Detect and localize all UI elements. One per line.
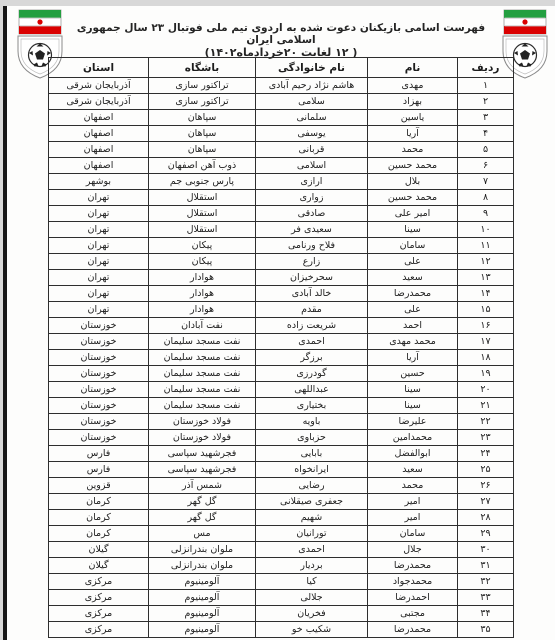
table-row: ۳۳احمدرضاجلالیآلومینیوممرکزی	[49, 590, 514, 606]
cell-first-name: سینا	[368, 222, 458, 238]
cell-row-number: ۲۱	[458, 398, 514, 414]
cell-club: استقلال	[149, 206, 256, 222]
cell-last-name: احمدی	[256, 542, 368, 558]
cell-club: سپاهان	[149, 110, 256, 126]
cell-last-name: یوسفی	[256, 126, 368, 142]
cell-last-name: فلاح ورنامی	[256, 238, 368, 254]
cell-club: هوادار	[149, 302, 256, 318]
table-row: ۱۴محمدرضاخالد آبادیهوادارتهران	[49, 286, 514, 302]
cell-province: فارس	[49, 462, 149, 478]
table-row: ۲۴ابوالفضلباباییفجرشهید سپاسیفارس	[49, 446, 514, 462]
cell-club: نفت مسجد سلیمان	[149, 382, 256, 398]
cell-last-name: هاشم نژاد رحیم آبادی	[256, 78, 368, 94]
cell-club: سپاهان	[149, 126, 256, 142]
cell-province: تهران	[49, 302, 149, 318]
cell-row-number: ۱۸	[458, 350, 514, 366]
cell-last-name: اسلامی	[256, 158, 368, 174]
table-row: ۴آریایوسفیسپاهاناصفهان	[49, 126, 514, 142]
cell-row-number: ۳۴	[458, 606, 514, 622]
table-row: ۱۶احمدشریعت زادهنفت آبادانخوزستان	[49, 318, 514, 334]
cell-province: مرکزی	[49, 622, 149, 638]
cell-club: فجرشهید سپاسی	[149, 462, 256, 478]
cell-row-number: ۲۴	[458, 446, 514, 462]
cell-first-name: علی	[368, 254, 458, 270]
header-last-name: نام خانوادگی	[256, 58, 368, 78]
cell-last-name: زارع	[256, 254, 368, 270]
cell-province: گیلان	[49, 558, 149, 574]
header-province: استان	[49, 58, 149, 78]
cell-last-name: بختیاری	[256, 398, 368, 414]
cell-first-name: محمد حسین	[368, 190, 458, 206]
table-row: ۱۰سیناسعیدی فراستقلالتهران	[49, 222, 514, 238]
cell-row-number: ۳	[458, 110, 514, 126]
cell-province: اصفهان	[49, 158, 149, 174]
cell-first-name: محمدامین	[368, 430, 458, 446]
cell-first-name: امیر	[368, 494, 458, 510]
table-row: ۲۲علیرضاباویهفولاد خوزستانخوزستان	[49, 414, 514, 430]
cell-first-name: سعید	[368, 462, 458, 478]
cell-last-name: رضایی	[256, 478, 368, 494]
table-row: ۱۲علیزارعپیکانتهران	[49, 254, 514, 270]
cell-province: تهران	[49, 190, 149, 206]
table-row: ۱۳سعیدسحرخیزانهوادارتهران	[49, 270, 514, 286]
cell-club: نفت مسجد سلیمان	[149, 334, 256, 350]
cell-row-number: ۶	[458, 158, 514, 174]
cell-row-number: ۳۲	[458, 574, 514, 590]
cell-province: اصفهان	[49, 110, 149, 126]
cell-first-name: محمد	[368, 478, 458, 494]
cell-club: نفت آبادان	[149, 318, 256, 334]
table-header: ردیف نام نام خانوادگی باشگاه استان	[49, 58, 514, 78]
cell-province: تهران	[49, 254, 149, 270]
table-row: ۱۸آریابرزگرنفت مسجد سلیمانخوزستان	[49, 350, 514, 366]
cell-row-number: ۵	[458, 142, 514, 158]
cell-province: اصفهان	[49, 142, 149, 158]
cell-first-name: سینا	[368, 382, 458, 398]
table-body: ۱مهدیهاشم نژاد رحیم آبادیتراکتور سازیآذر…	[49, 78, 514, 638]
cell-first-name: علیرضا	[368, 414, 458, 430]
cell-last-name: شریعت زاده	[256, 318, 368, 334]
table-row: ۳۲محمدجوادکیاآلومینیوممرکزی	[49, 574, 514, 590]
cell-club: فجرشهید سپاسی	[149, 446, 256, 462]
cell-first-name: احمد	[368, 318, 458, 334]
cell-row-number: ۲۷	[458, 494, 514, 510]
cell-club: آلومینیوم	[149, 590, 256, 606]
cell-row-number: ۷	[458, 174, 514, 190]
cell-club: گل گهر	[149, 510, 256, 526]
cell-province: تهران	[49, 286, 149, 302]
cell-last-name: خالد آبادی	[256, 286, 368, 302]
cell-club: هوادار	[149, 286, 256, 302]
cell-province: کرمان	[49, 510, 149, 526]
cell-row-number: ۱	[458, 78, 514, 94]
document-title: فهرست اسامی بازیکنان دعوت شده به اردوی ت…	[67, 22, 495, 46]
cell-row-number: ۳۳	[458, 590, 514, 606]
cell-first-name: محمدجواد	[368, 574, 458, 590]
cell-first-name: علی	[368, 302, 458, 318]
cell-last-name: کیا	[256, 574, 368, 590]
header-first-name: نام	[368, 58, 458, 78]
table-row: ۲۳محمدامینحزباویفولاد خوزستانخوزستان	[49, 430, 514, 446]
cell-last-name: شکیب خو	[256, 622, 368, 638]
cell-first-name: محمد حسین	[368, 158, 458, 174]
cell-row-number: ۲۳	[458, 430, 514, 446]
table-row: ۲۹سامانتورانیانمسکرمان	[49, 526, 514, 542]
cell-first-name: مهدی	[368, 78, 458, 94]
cell-first-name: آریا	[368, 126, 458, 142]
cell-province: تهران	[49, 270, 149, 286]
cell-first-name: بهزاد	[368, 94, 458, 110]
table-row: ۳۵محمدرضاشکیب خوآلومینیوممرکزی	[49, 622, 514, 638]
cell-province: آذربایجان شرقی	[49, 78, 149, 94]
cell-first-name: ابوالفضل	[368, 446, 458, 462]
cell-last-name: گودرزی	[256, 366, 368, 382]
cell-last-name: ایرانخواه	[256, 462, 368, 478]
cell-first-name: سعید	[368, 270, 458, 286]
cell-last-name: صادقی	[256, 206, 368, 222]
cell-row-number: ۴	[458, 126, 514, 142]
cell-club: ذوب آهن اصفهان	[149, 158, 256, 174]
cell-club: ملوان بندرانزلی	[149, 542, 256, 558]
cell-first-name: محمدرضا	[368, 622, 458, 638]
cell-row-number: ۱۶	[458, 318, 514, 334]
table-row: ۳۱محمدرضابردیارملوان بندرانزلیگیلان	[49, 558, 514, 574]
table-row: ۲۱سینابختیارینفت مسجد سلیمانخوزستان	[49, 398, 514, 414]
cell-first-name: جلال	[368, 542, 458, 558]
cell-row-number: ۲۹	[458, 526, 514, 542]
cell-province: گیلان	[49, 542, 149, 558]
cell-row-number: ۲۲	[458, 414, 514, 430]
cell-club: نفت مسجد سلیمان	[149, 366, 256, 382]
cell-province: خوزستان	[49, 382, 149, 398]
scanned-document: فهرست اسامی بازیکنان دعوت شده به اردوی ت…	[0, 0, 555, 640]
cell-province: اصفهان	[49, 126, 149, 142]
cell-first-name: آریا	[368, 350, 458, 366]
cell-province: کرمان	[49, 494, 149, 510]
table-row: ۲۷امیرجعفری صیقلانیگل گهرکرمان	[49, 494, 514, 510]
cell-first-name: امیر	[368, 510, 458, 526]
cell-row-number: ۱۱	[458, 238, 514, 254]
players-table: ردیف نام نام خانوادگی باشگاه استان ۱مهدی…	[48, 57, 514, 638]
cell-club: سپاهان	[149, 142, 256, 158]
cell-club: آلومینیوم	[149, 606, 256, 622]
cell-row-number: ۳۵	[458, 622, 514, 638]
cell-last-name: فخریان	[256, 606, 368, 622]
table-row: ۲۶محمدرضاییشمس آذرقزوین	[49, 478, 514, 494]
cell-club: فولاد خوزستان	[149, 430, 256, 446]
cell-first-name: سینا	[368, 398, 458, 414]
cell-first-name: سامان	[368, 238, 458, 254]
cell-last-name: باویه	[256, 414, 368, 430]
cell-first-name: امیر علی	[368, 206, 458, 222]
cell-row-number: ۱۰	[458, 222, 514, 238]
cell-last-name: سعیدی فر	[256, 222, 368, 238]
table-row: ۵محمدقربانیسپاهاناصفهان	[49, 142, 514, 158]
table-row: ۳یاسینسلمانیسپاهاناصفهان	[49, 110, 514, 126]
cell-first-name: بلال	[368, 174, 458, 190]
cell-first-name: یاسین	[368, 110, 458, 126]
cell-last-name: تورانیان	[256, 526, 368, 542]
cell-province: بوشهر	[49, 174, 149, 190]
cell-club: گل گهر	[149, 494, 256, 510]
cell-province: تهران	[49, 206, 149, 222]
cell-province: خوزستان	[49, 318, 149, 334]
cell-row-number: ۲۸	[458, 510, 514, 526]
cell-club: استقلال	[149, 222, 256, 238]
cell-row-number: ۳۱	[458, 558, 514, 574]
cell-first-name: سامان	[368, 526, 458, 542]
cell-last-name: بردیار	[256, 558, 368, 574]
table-row: ۸محمد حسینزواریاستقلالتهران	[49, 190, 514, 206]
cell-last-name: سلمانی	[256, 110, 368, 126]
cell-last-name: برزگر	[256, 350, 368, 366]
cell-row-number: ۸	[458, 190, 514, 206]
cell-province: خوزستان	[49, 414, 149, 430]
cell-last-name: سحرخیزان	[256, 270, 368, 286]
header-club: باشگاه	[149, 58, 256, 78]
cell-last-name: مقدم	[256, 302, 368, 318]
header-row: ردیف نام نام خانوادگی باشگاه استان	[49, 58, 514, 78]
cell-province: مرکزی	[49, 606, 149, 622]
cell-last-name: جعفری صیقلانی	[256, 494, 368, 510]
cell-row-number: ۱۵	[458, 302, 514, 318]
document-page: فهرست اسامی بازیکنان دعوت شده به اردوی ت…	[7, 6, 555, 640]
cell-last-name: بابایی	[256, 446, 368, 462]
cell-province: خوزستان	[49, 334, 149, 350]
cell-last-name: سلامی	[256, 94, 368, 110]
cell-club: آلومینیوم	[149, 574, 256, 590]
table-row: ۲۸امیرشهیمگل گهرکرمان	[49, 510, 514, 526]
cell-club: پیکان	[149, 254, 256, 270]
cell-row-number: ۱۲	[458, 254, 514, 270]
cell-first-name: محمد مهدی	[368, 334, 458, 350]
cell-club: مس	[149, 526, 256, 542]
cell-last-name: حزباوی	[256, 430, 368, 446]
header-row-number: ردیف	[458, 58, 514, 78]
cell-row-number: ۲	[458, 94, 514, 110]
table-row: ۳۴مجتبیفخریانآلومینیوممرکزی	[49, 606, 514, 622]
cell-row-number: ۲۶	[458, 478, 514, 494]
cell-province: مرکزی	[49, 590, 149, 606]
table-row: ۲۵سعیدایرانخواهفجرشهید سپاسیفارس	[49, 462, 514, 478]
table-row: ۶محمد حسیناسلامیذوب آهن اصفهاناصفهان	[49, 158, 514, 174]
cell-province: خوزستان	[49, 430, 149, 446]
cell-first-name: احمدرضا	[368, 590, 458, 606]
cell-club: تراکتور سازی	[149, 94, 256, 110]
cell-club: شمس آذر	[149, 478, 256, 494]
table-row: ۱۱سامانفلاح ورنامیپیکانتهران	[49, 238, 514, 254]
table-row: ۲۰سیناعبداللهینفت مسجد سلیمانخوزستان	[49, 382, 514, 398]
cell-province: تهران	[49, 238, 149, 254]
cell-first-name: محمد	[368, 142, 458, 158]
cell-row-number: ۱۹	[458, 366, 514, 382]
cell-row-number: ۱۴	[458, 286, 514, 302]
cell-row-number: ۲۰	[458, 382, 514, 398]
cell-last-name: قربانی	[256, 142, 368, 158]
cell-last-name: ارازی	[256, 174, 368, 190]
cell-first-name: مجتبی	[368, 606, 458, 622]
table-row: ۱مهدیهاشم نژاد رحیم آبادیتراکتور سازیآذر…	[49, 78, 514, 94]
cell-club: پارس جنوبی جم	[149, 174, 256, 190]
cell-row-number: ۱۷	[458, 334, 514, 350]
cell-province: آذربایجان شرقی	[49, 94, 149, 110]
cell-province: خوزستان	[49, 398, 149, 414]
cell-club: آلومینیوم	[149, 622, 256, 638]
cell-row-number: ۱۳	[458, 270, 514, 286]
cell-club: نفت مسجد سلیمان	[149, 350, 256, 366]
table-row: ۱۹حسینگودرزینفت مسجد سلیمانخوزستان	[49, 366, 514, 382]
table-row: ۹امیر علیصادقیاستقلالتهران	[49, 206, 514, 222]
cell-club: نفت مسجد سلیمان	[149, 398, 256, 414]
cell-province: فارس	[49, 446, 149, 462]
cell-province: خوزستان	[49, 350, 149, 366]
cell-first-name: محمدرضا	[368, 558, 458, 574]
cell-last-name: عبداللهی	[256, 382, 368, 398]
cell-last-name: جلالی	[256, 590, 368, 606]
cell-club: فولاد خوزستان	[149, 414, 256, 430]
cell-club: هوادار	[149, 270, 256, 286]
cell-club: پیکان	[149, 238, 256, 254]
cell-row-number: ۹	[458, 206, 514, 222]
cell-club: استقلال	[149, 190, 256, 206]
table-row: ۲بهزادسلامیتراکتور سازیآذربایجان شرقی	[49, 94, 514, 110]
cell-province: خوزستان	[49, 366, 149, 382]
cell-last-name: زواری	[256, 190, 368, 206]
cell-first-name: حسین	[368, 366, 458, 382]
cell-province: کرمان	[49, 526, 149, 542]
cell-club: ملوان بندرانزلی	[149, 558, 256, 574]
table-row: ۷بلالارازیپارس جنوبی جمبوشهر	[49, 174, 514, 190]
cell-province: مرکزی	[49, 574, 149, 590]
cell-province: قزوین	[49, 478, 149, 494]
table-row: ۱۵علیمقدمهوادارتهران	[49, 302, 514, 318]
cell-province: تهران	[49, 222, 149, 238]
table-row: ۱۷محمد مهدیاحمدینفت مسجد سلیمانخوزستان	[49, 334, 514, 350]
cell-club: تراکتور سازی	[149, 78, 256, 94]
cell-first-name: محمدرضا	[368, 286, 458, 302]
cell-row-number: ۳۰	[458, 542, 514, 558]
table-row: ۳۰جلالاحمدیملوان بندرانزلیگیلان	[49, 542, 514, 558]
cell-row-number: ۲۵	[458, 462, 514, 478]
cell-last-name: شهیم	[256, 510, 368, 526]
cell-last-name: احمدی	[256, 334, 368, 350]
